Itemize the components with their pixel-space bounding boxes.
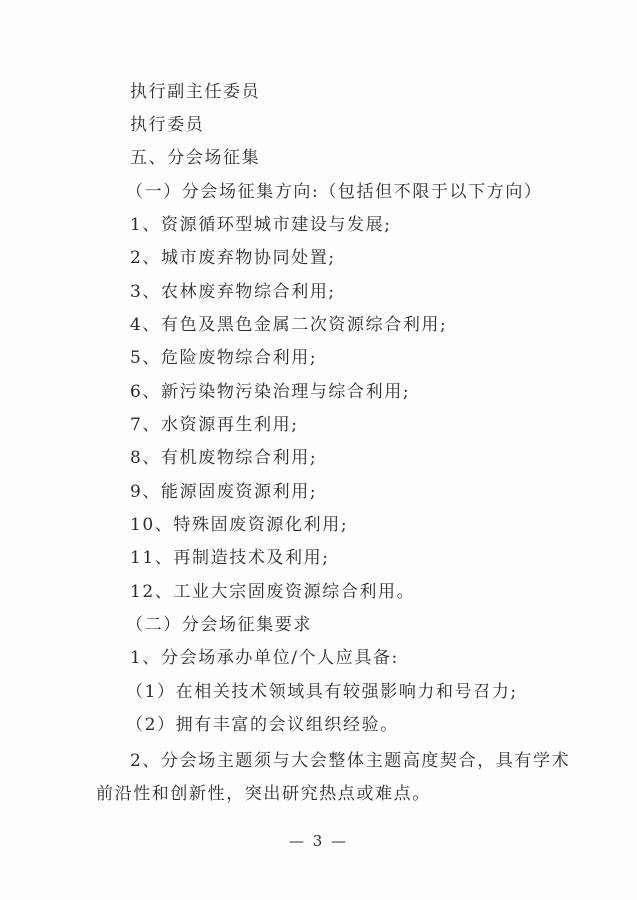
direction-item-6: 6、新污染物污染治理与综合利用; — [130, 381, 410, 403]
subsection-heading-2: （二）分会场征集要求 — [126, 614, 312, 636]
requirement-item-1: 1、分会场承办单位/个人应具备: — [130, 647, 399, 669]
section-heading-5: 五、分会场征集 — [130, 147, 260, 169]
document-page: 执行副主任委员 执行委员 五、分会场征集 （一）分会场征集方向:（包括但不限于以… — [0, 0, 637, 900]
direction-item-9: 9、能源固废资源利用; — [130, 481, 317, 503]
subsection-heading-1: （一）分会场征集方向:（包括但不限于以下方向） — [126, 181, 543, 203]
direction-item-8: 8、有机废物综合利用; — [130, 447, 317, 469]
requirement-item-2-line1: 2、分会场主题须与大会整体主题高度契合，具有学术 — [130, 750, 570, 772]
role-executive-vice-chair: 执行副主任委员 — [130, 81, 260, 103]
direction-item-5: 5、危险废物综合利用; — [130, 347, 317, 369]
requirement-subitem-1: （1）在相关技术领域具有较强影响力和号召力; — [126, 681, 518, 703]
direction-item-10: 10、特殊固废资源化利用; — [130, 514, 348, 536]
direction-item-4: 4、有色及黑色金属二次资源综合利用; — [130, 314, 447, 336]
role-executive-member: 执行委员 — [130, 114, 204, 136]
direction-item-3: 3、农林废弃物综合利用; — [130, 281, 336, 303]
direction-item-11: 11、再制造技术及利用; — [130, 547, 330, 569]
requirement-item-2-line2: 前沿性和创新性，突出研究热点或难点。 — [96, 783, 431, 805]
direction-item-12: 12、工业大宗固废资源综合利用。 — [130, 581, 415, 603]
direction-item-1: 1、资源循环型城市建设与发展; — [130, 214, 392, 236]
direction-item-7: 7、水资源再生利用; — [130, 414, 299, 436]
requirement-subitem-2: （2）拥有丰富的会议组织经验。 — [126, 714, 399, 736]
direction-item-2: 2、城市废弃物协同处置; — [130, 247, 336, 269]
page-number: — 3 — — [0, 832, 637, 850]
